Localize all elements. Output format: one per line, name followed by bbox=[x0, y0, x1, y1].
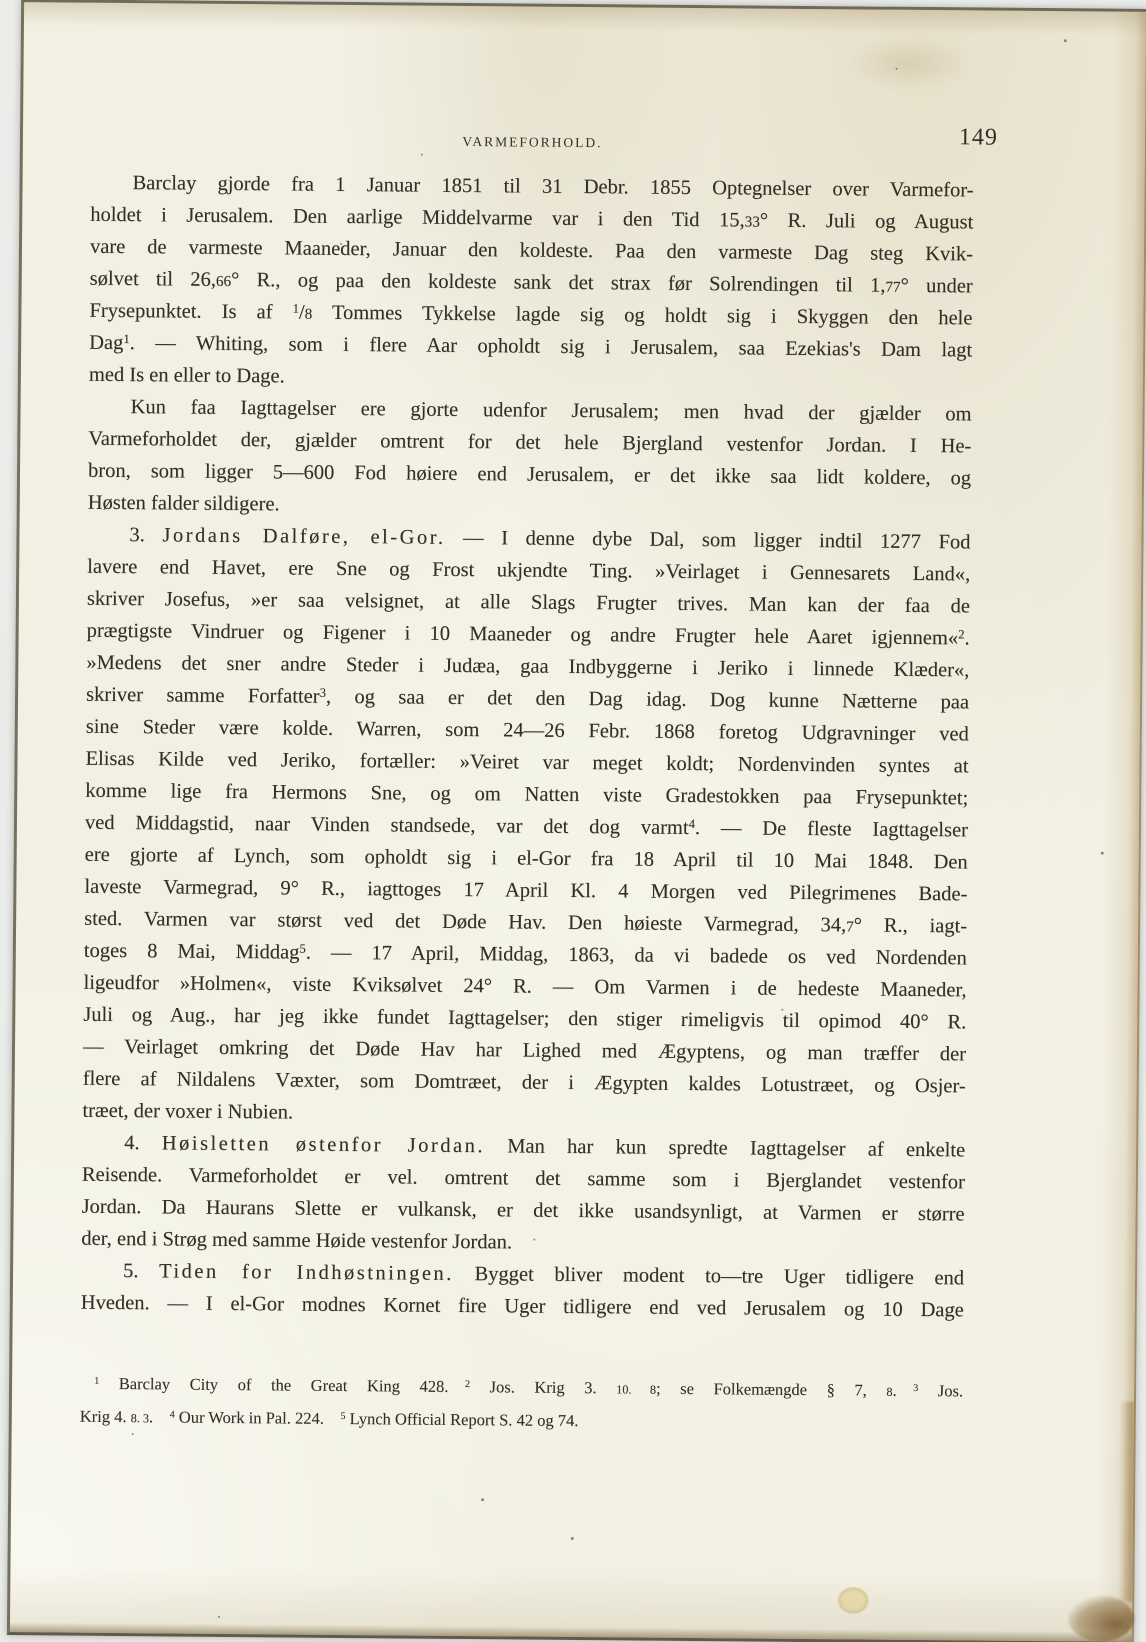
paper-speck bbox=[1101, 852, 1104, 855]
top-center-stain bbox=[843, 35, 973, 91]
paper-speck bbox=[896, 68, 898, 70]
top-edge-stain bbox=[24, 2, 1146, 36]
paper-speck bbox=[421, 154, 423, 156]
corner-stain bbox=[1068, 1595, 1134, 1642]
paper-speck bbox=[340, 243, 342, 245]
paper-speck bbox=[953, 1306, 955, 1308]
paper-speck bbox=[571, 1537, 574, 1540]
paper-speck bbox=[781, 1009, 783, 1011]
book-page: VARMEFORHOLD. 149 Barclay gjorde fra 1 J… bbox=[7, 0, 1146, 1642]
bottom-edge-stain bbox=[10, 1622, 1132, 1642]
page-number: 149 bbox=[959, 124, 1029, 151]
body-text: Barclay gjorde fra 1 Januar 1851 til 31 … bbox=[81, 167, 974, 1327]
paper-speck bbox=[533, 1239, 535, 1241]
footnotes: 1 Barclay City of the Great King 428. 2 … bbox=[80, 1367, 964, 1441]
running-header: VARMEFORHOLD. bbox=[91, 131, 974, 154]
paper-speck bbox=[132, 1433, 134, 1435]
paper-speck bbox=[481, 1498, 484, 1501]
text-line: Hveden. — I el-Gor modnes Kornet fire Ug… bbox=[81, 1287, 964, 1327]
paper-speck bbox=[1064, 39, 1067, 42]
scanned-book-page-background: { "page": { "header": { "title": "VARMEF… bbox=[0, 0, 1146, 1642]
right-streak-stain bbox=[1114, 1402, 1134, 1602]
paper-speck bbox=[218, 1616, 220, 1618]
right-edge-stain bbox=[1122, 12, 1146, 1642]
foxing-spot bbox=[838, 1587, 868, 1613]
